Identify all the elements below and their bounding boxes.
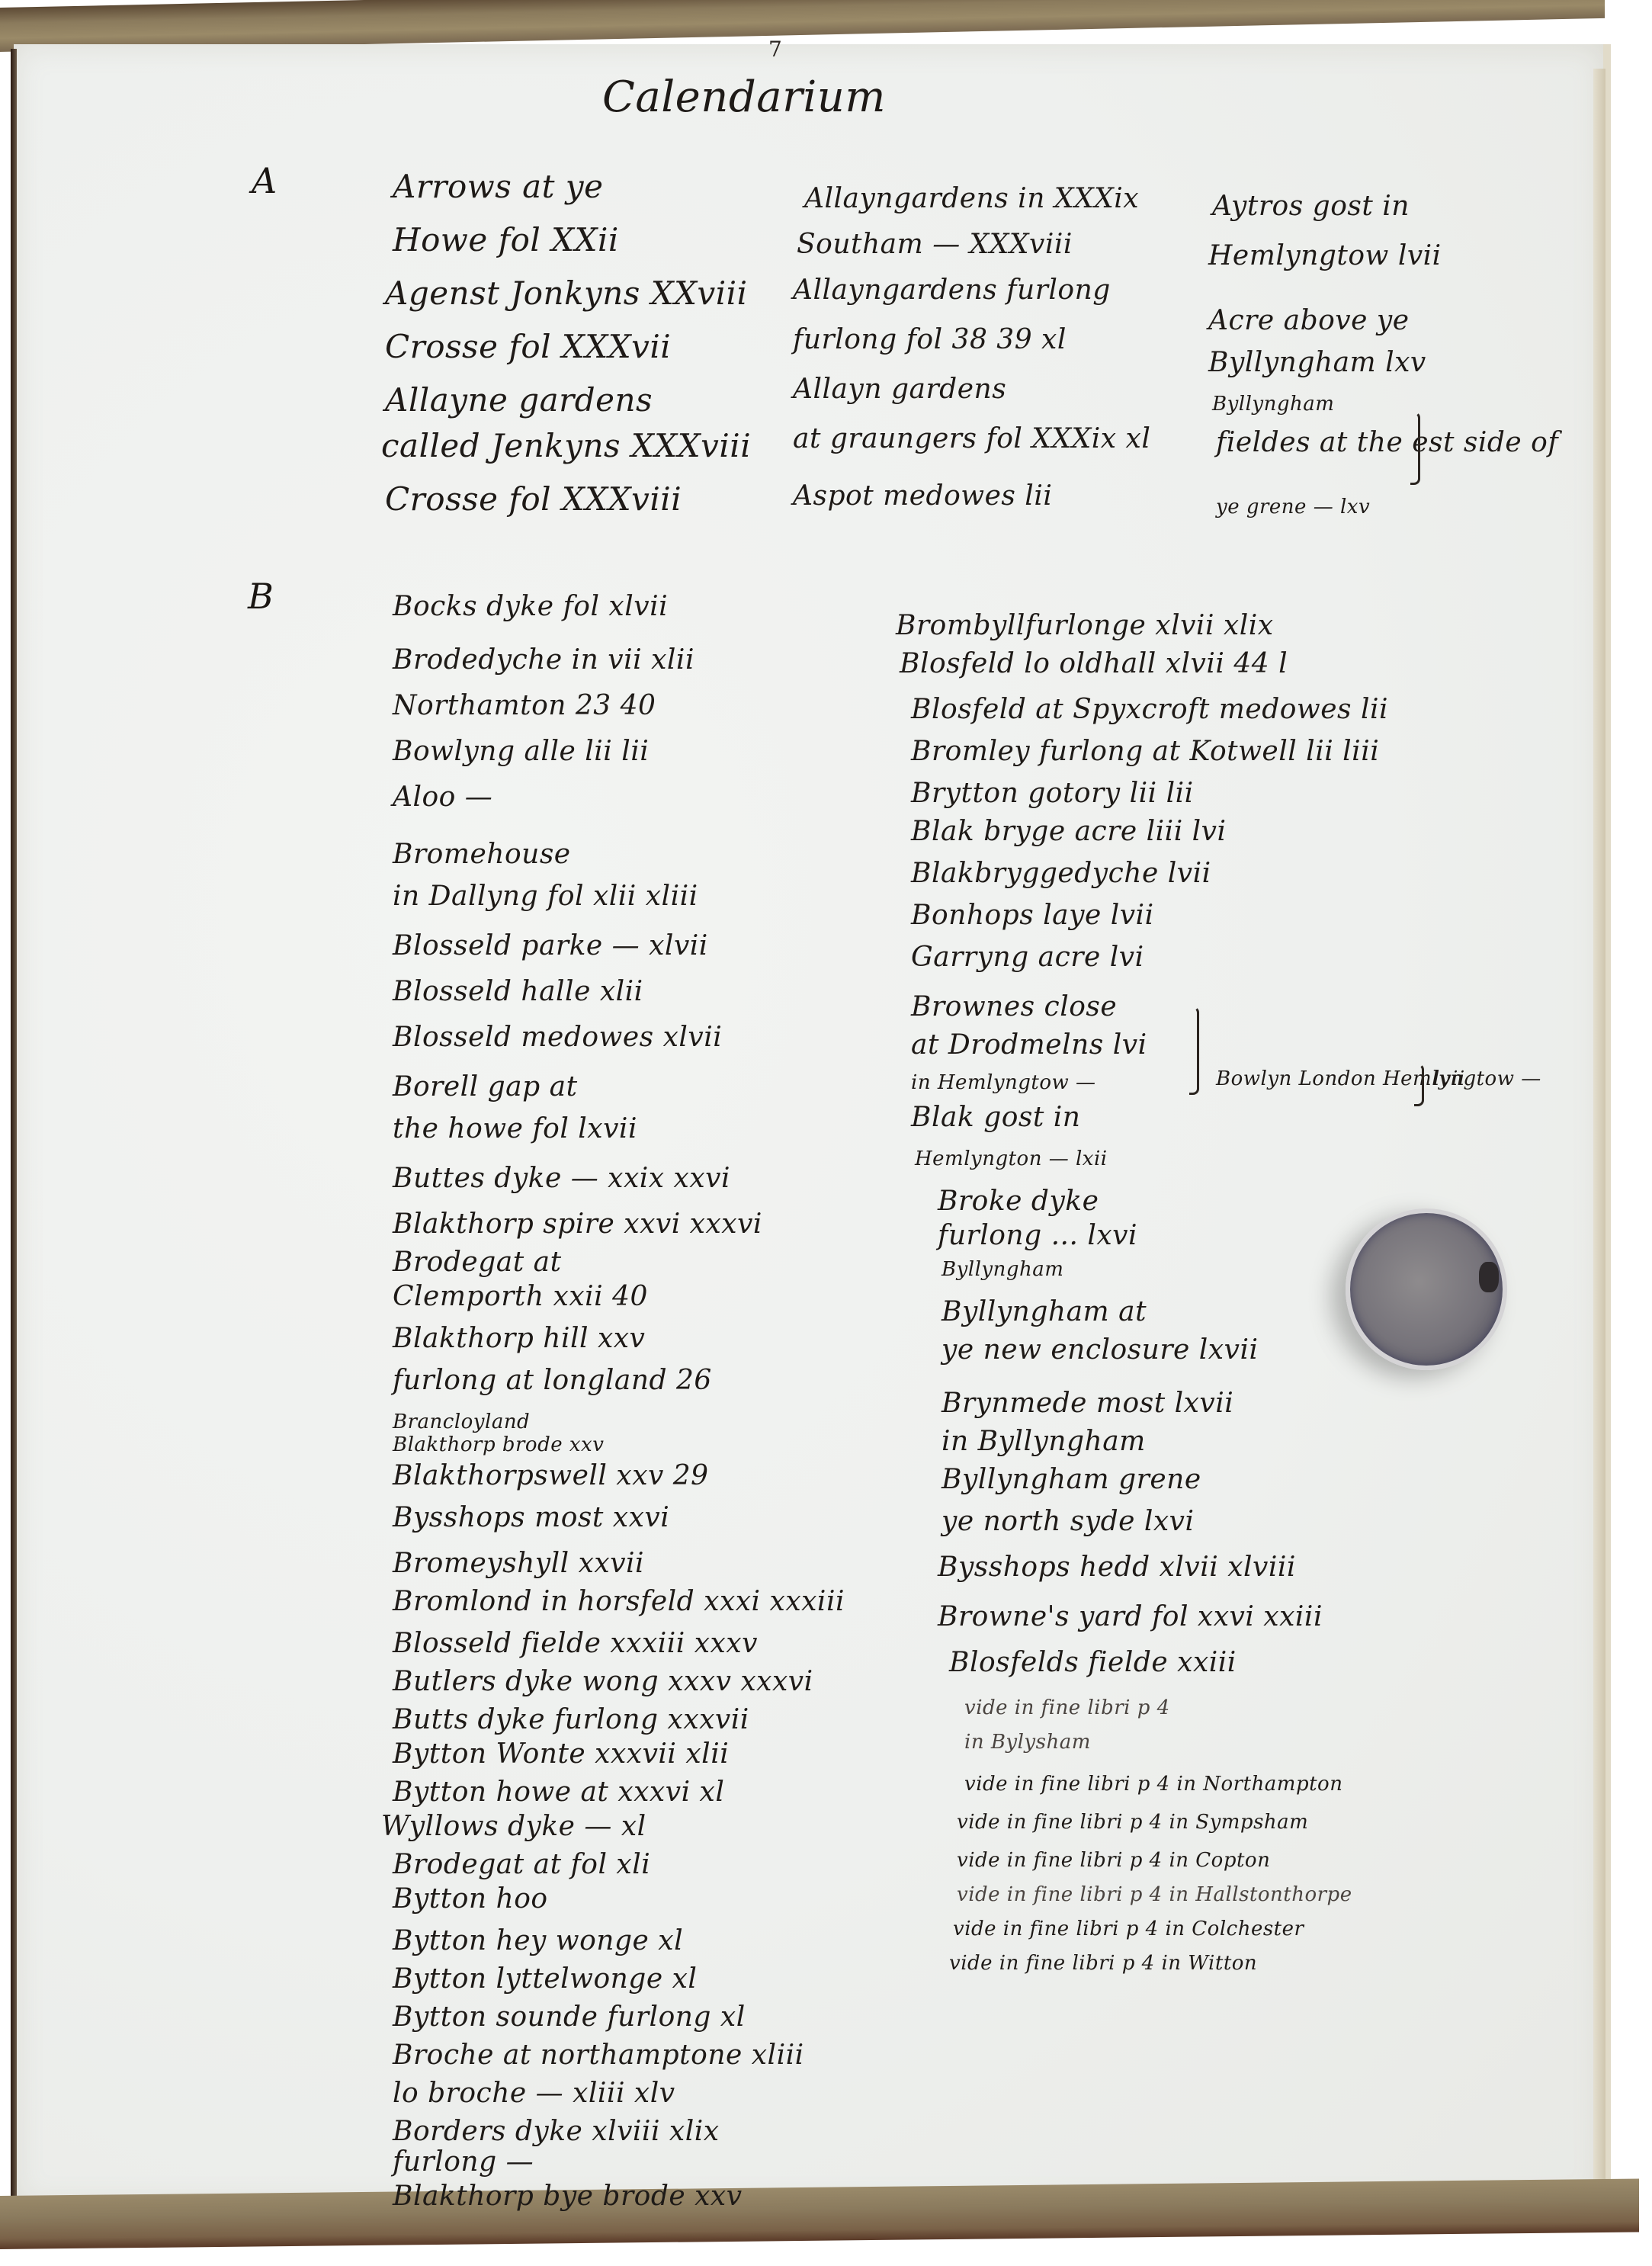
entry: vide in fine libri p 4 in Colchester — [953, 1918, 1304, 1940]
entry: Blakthorp hill xxv — [393, 1323, 645, 1354]
entry: Blosfelds fielde xxiii — [949, 1647, 1237, 1678]
entry: furlong at longland 26 — [393, 1365, 712, 1396]
entry: Agenst Jonkyns XXviii — [385, 274, 748, 312]
entry: Byllyngham grene — [941, 1464, 1201, 1495]
entry: Brynmede most lxvii — [941, 1388, 1233, 1419]
entry: Byllyngham — [1212, 393, 1334, 416]
entry: Aytros gost in — [1212, 191, 1410, 222]
side-note: Bowlyn London Hemlyngtow — — [1216, 1067, 1541, 1090]
entry: Bromlond in horsfeld xxxi xxxiii — [393, 1586, 845, 1617]
entry: lo broche — xliii xlv — [393, 2078, 675, 2109]
entry: Blakthorpswell xxv 29 — [393, 1460, 709, 1491]
folio-mark: 7 — [768, 37, 782, 62]
entry: in Bylysham — [964, 1731, 1091, 1754]
entry: Bromehouse — [393, 839, 571, 870]
entry: Buttes dyke — xxix xxvi — [393, 1163, 730, 1194]
entry: Brodegat at — [393, 1247, 562, 1278]
entry: Brodegat at fol xli — [393, 1849, 650, 1880]
brace — [1189, 1006, 1199, 1095]
page-fore-edge — [1593, 69, 1605, 2188]
entry: Southam — XXXviii — [797, 229, 1073, 260]
entry: Bytton lyttelwonge xl — [393, 1963, 697, 1995]
side-note-ref: lvii — [1433, 1067, 1465, 1090]
weight-notch — [1479, 1262, 1499, 1292]
entry: ye north syde lxvi — [941, 1506, 1195, 1537]
entry: Brodedyche in vii xlii — [393, 644, 694, 676]
entry: Bowlyng alle lii lii — [393, 736, 649, 767]
entry: Bysshops most xxvi — [393, 1502, 669, 1533]
entry: Clemporth xxii 40 — [393, 1281, 648, 1312]
entry: Browne's yard fol xxvi xxiii — [938, 1601, 1323, 1632]
entry: Bromley furlong at Kotwell lii liii — [911, 736, 1379, 767]
entry: Arrows at ye — [393, 168, 603, 205]
entry: Bytton howe at xxxvi xl — [393, 1777, 724, 1808]
entry: Bytton hey wonge xl — [393, 1925, 683, 1956]
entry: at Drodmelns lvi — [911, 1029, 1147, 1061]
entry: Bytton Wonte xxxvii xlii — [393, 1738, 729, 1770]
entry: ye grene — lxv — [1216, 496, 1370, 518]
entry: ye new enclosure lxvii — [941, 1334, 1258, 1366]
entry: Blosseld parke — xlvii — [393, 930, 708, 961]
entry: Bysshops hedd xlvii xlviii — [938, 1552, 1296, 1583]
entry: vide in fine libri p 4 in Hallstonthorpe — [957, 1883, 1352, 1906]
entry: Hemlyngtow lvii — [1208, 240, 1442, 271]
entry: Hemlyngton — lxii — [915, 1147, 1108, 1170]
entry: fieldes at the est side of — [1216, 427, 1558, 458]
entry: Blosfeld at Spyxcroft medowes lii — [911, 694, 1388, 725]
entry: Aloo — — [393, 782, 492, 813]
entry: Brownes close — [911, 991, 1117, 1022]
entry: Allayn gardens — [793, 374, 1006, 405]
entry: Blak gost in — [911, 1102, 1081, 1133]
entry: in Dallyng fol xlii xliii — [393, 881, 698, 912]
entry: Brytton gotory lii lii — [911, 778, 1194, 809]
entry: Brancloyland — [393, 1411, 530, 1433]
entry: Bocks dyke fol xlvii — [393, 591, 668, 622]
entry: at graungers fol XXXix xl — [793, 423, 1150, 454]
entry: Bytton sounde furlong xl — [393, 2001, 746, 2033]
entry: Borell gap at — [393, 1071, 578, 1103]
entry: Wyllows dyke — xl — [381, 1811, 646, 1842]
entry: called Jenkyns XXXviii — [381, 427, 751, 464]
entry: Byllyngham lxv — [1208, 347, 1426, 378]
manuscript-scan: 7 Calendarium A Arrows at ye Howe fol XX… — [0, 0, 1652, 2266]
brace — [1414, 1064, 1424, 1106]
entry: the howe fol lxvii — [393, 1113, 637, 1144]
entry: Blosseld halle xlii — [393, 976, 643, 1007]
entry: vide in fine libri p 4 in Copton — [957, 1849, 1270, 1872]
entry: Byllyngham at — [941, 1296, 1147, 1327]
entry: Blosfeld lo oldhall xlvii 44 l — [900, 648, 1288, 679]
entry: vide in fine libri p 4 in Northampton — [964, 1773, 1342, 1796]
page-heading: Calendarium — [602, 72, 886, 122]
entry: Acre above ye — [1208, 305, 1410, 336]
entry: Crosse fol XXXvii — [385, 328, 671, 365]
entry: furlong ... lxvi — [938, 1220, 1137, 1251]
entry: furlong fol 38 39 xl — [793, 324, 1067, 355]
entry: Blakthorp bye brode xxv — [393, 2181, 743, 2212]
entry: Howe fol XXii — [393, 221, 619, 258]
entry: Garryng acre lvi — [911, 942, 1144, 973]
entry: Bromeyshyll xxvii — [393, 1548, 644, 1579]
entry: Bonhops laye lvii — [911, 900, 1154, 931]
section-letter-a: A — [252, 160, 277, 201]
entry: Allayngardens in XXXix — [804, 183, 1139, 214]
entry: Byllyngham — [941, 1258, 1063, 1281]
entry: Butts dyke furlong xxxvii — [393, 1704, 749, 1735]
entry: Broke dyke — [938, 1186, 1099, 1217]
entry: Crosse fol XXXviii — [385, 480, 682, 518]
entry: in Byllyngham — [941, 1426, 1146, 1457]
entry: vide in fine libri p 4 in Sympsham — [957, 1811, 1308, 1834]
entry: Northamton 23 40 — [393, 690, 656, 721]
entry: Allayne gardens — [385, 381, 653, 419]
entry: Blosseld fielde xxxiii xxxv — [393, 1628, 758, 1659]
binding-gutter — [11, 49, 17, 2207]
entry: in Hemlyngtow — — [911, 1071, 1096, 1094]
entry: Aspot medowes lii — [793, 480, 1052, 512]
entry: Blak bryge acre liii lvi — [911, 816, 1227, 847]
entry: Blakbryggedyche lvii — [911, 858, 1211, 889]
entry: Butlers dyke wong xxxv xxxvi — [393, 1666, 813, 1697]
entry: Allayngardens furlong — [793, 274, 1111, 306]
entry: Bytton hoo — [393, 1883, 548, 1915]
entry: Blosseld medowes xlvii — [393, 1022, 722, 1053]
entry: Blakthorp brode xxv — [393, 1433, 604, 1456]
entry: vide in fine libri p 4 — [964, 1696, 1170, 1719]
section-letter-b: B — [248, 576, 274, 617]
entry: Brombyllfurlonge xlvii xlix — [896, 610, 1274, 641]
entry: Blakthorp spire xxvi xxxvi — [393, 1208, 762, 1240]
entry: Broche at northamptone xliii — [393, 2040, 804, 2071]
brace — [1410, 412, 1420, 485]
entry: furlong — — [393, 2146, 534, 2178]
entry: vide in fine libri p 4 in Witton — [949, 1952, 1257, 1975]
entry: Borders dyke xlviii xlix — [393, 2116, 720, 2147]
